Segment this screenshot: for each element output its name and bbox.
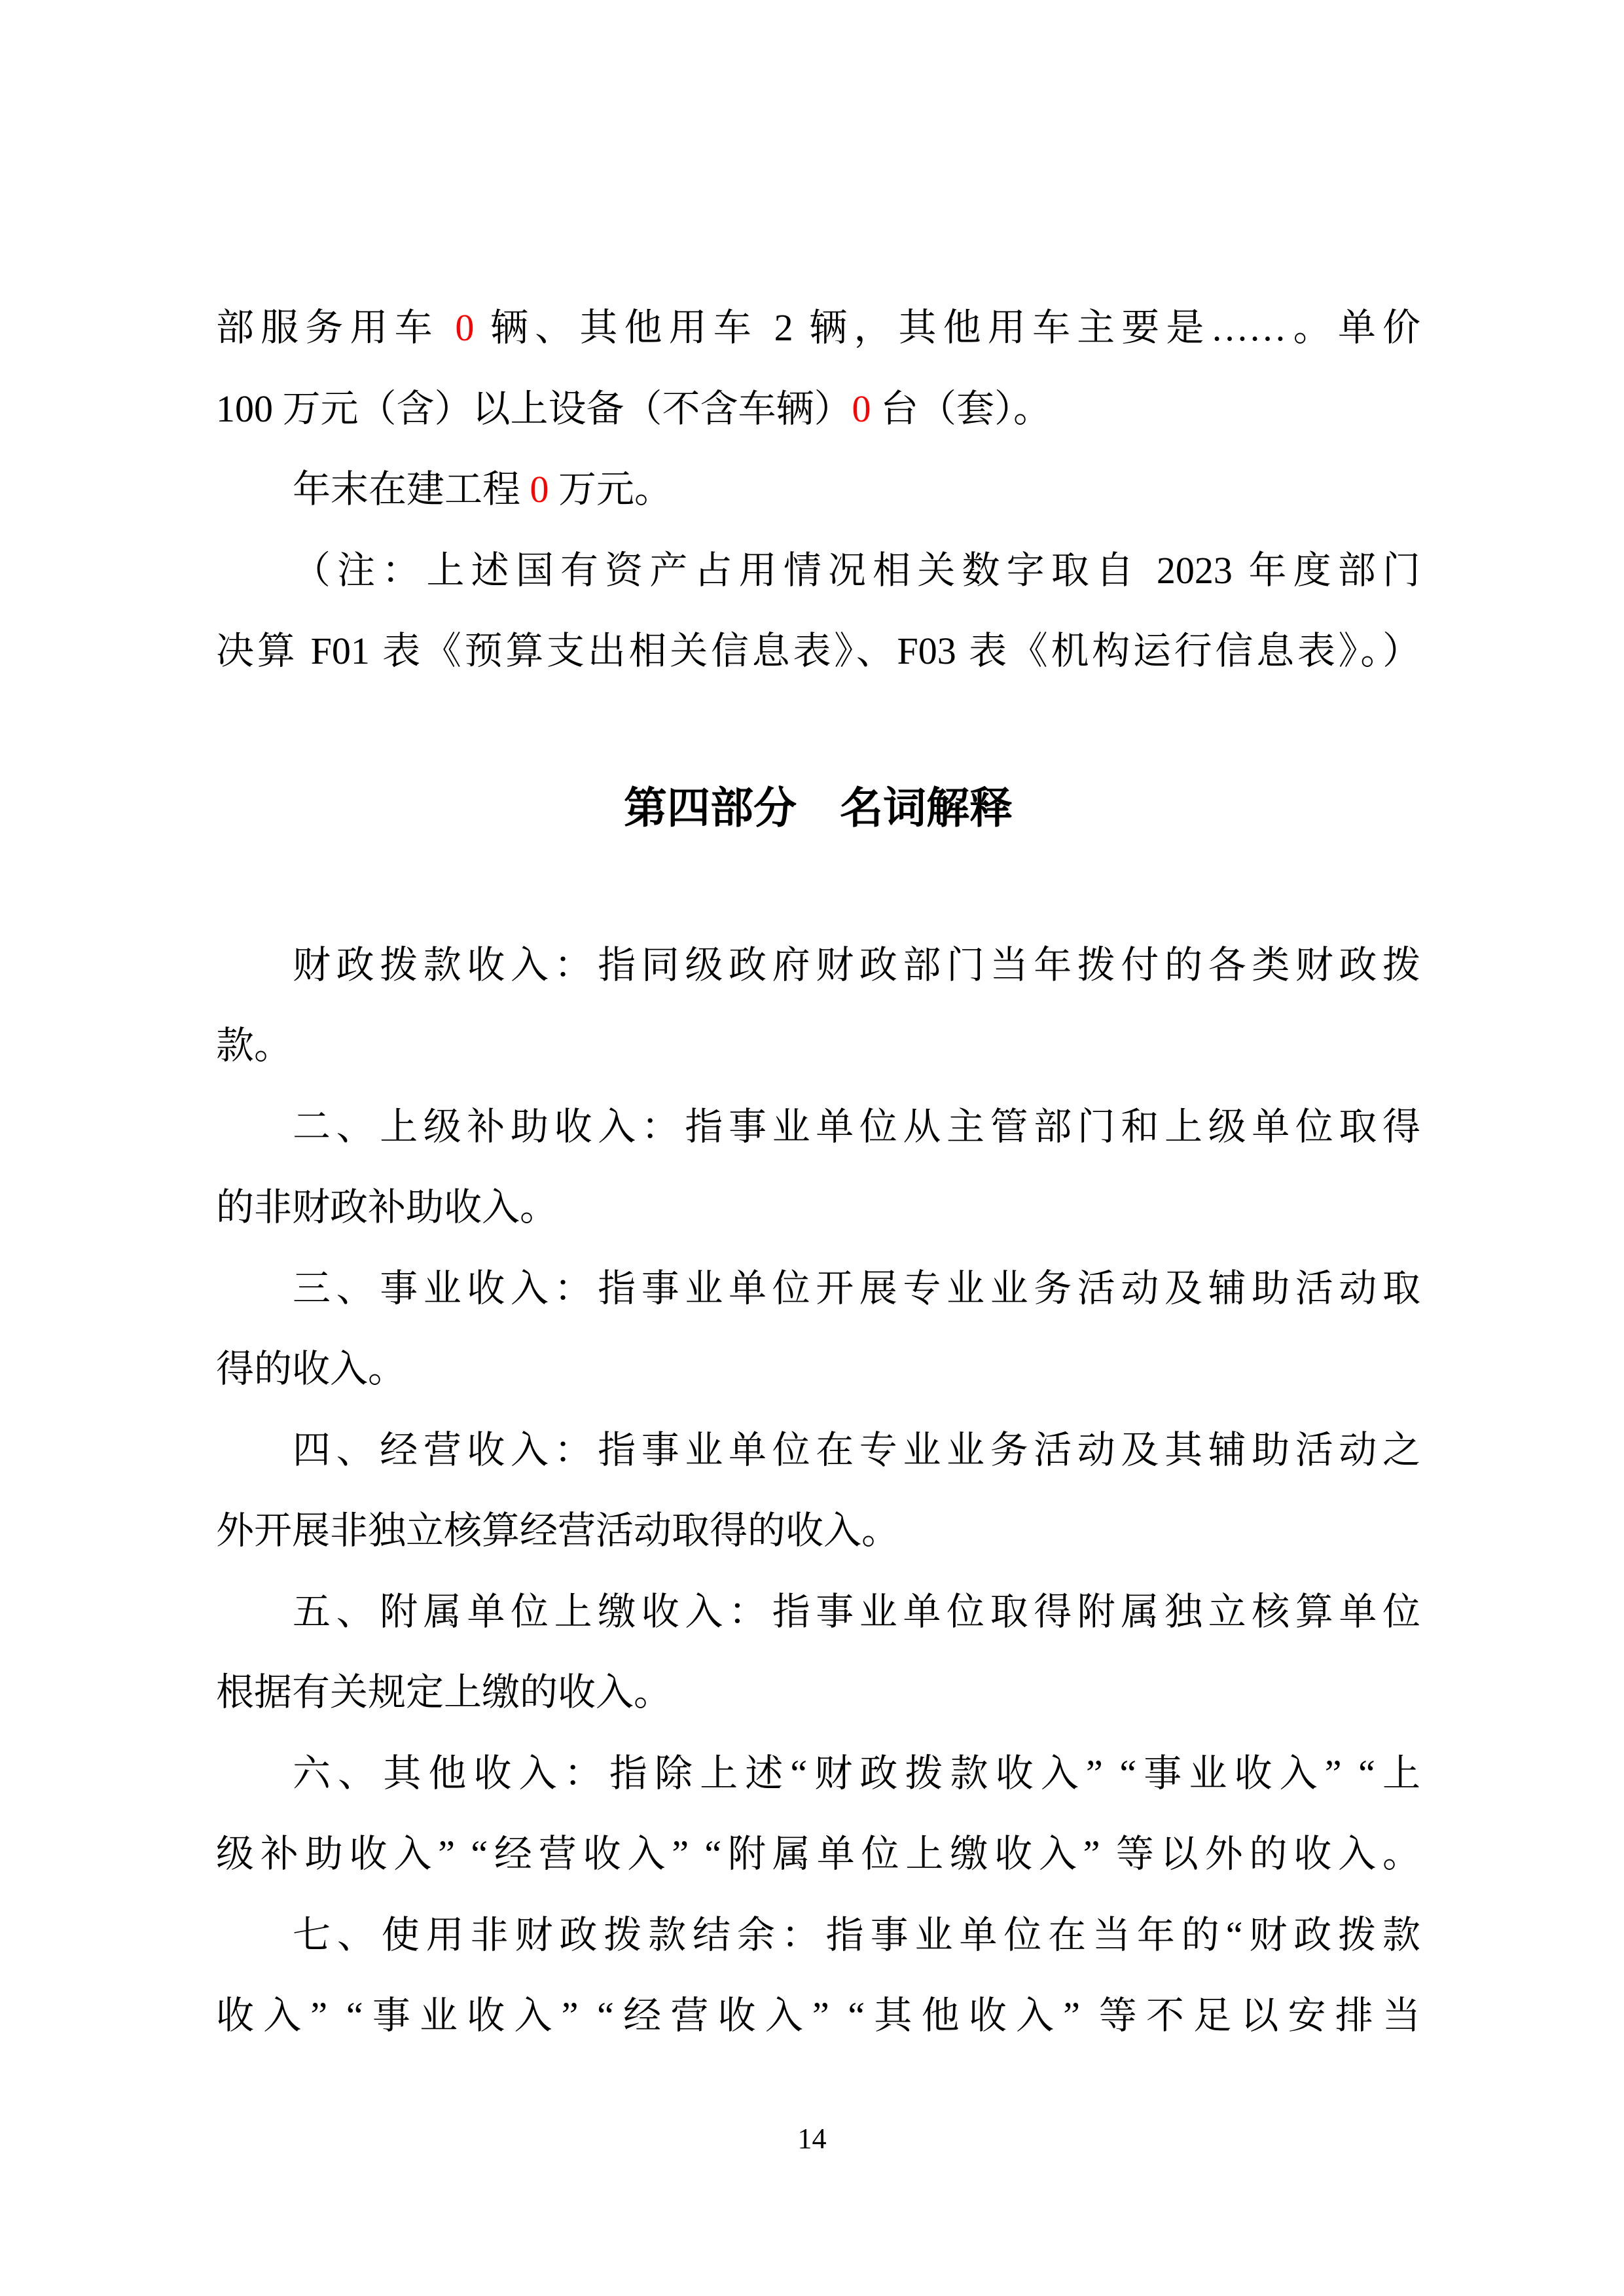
- text-segment: 的非财政补助收入。: [216, 1186, 558, 1229]
- text-segment: 得的收入。: [216, 1348, 406, 1390]
- text-segment: 四、经营收入：指事业单位在专业业务活动及其辅助活动之: [293, 1429, 1420, 1471]
- text-segment: 100 万元（含）以上设备（不含车辆）: [216, 387, 852, 430]
- text-segment: 款。: [216, 1024, 292, 1067]
- text-line: 二、上级补助收入：指事业单位从主管部门和上级单位取得: [216, 1086, 1420, 1168]
- text-segment: 六、其他收入：指除上述“财政拨款收入” “事业收入” “上: [293, 1752, 1420, 1795]
- text-segment: 根据有关规定上缴的收入。: [216, 1671, 672, 1713]
- text-line: 三、事业收入：指事业单位开展专业业务活动及辅助活动取: [216, 1248, 1420, 1329]
- text-segment: 万元。: [549, 468, 673, 511]
- text-segment: 七、使用非财政拨款结余：指事业单位在当年的“财政拨款: [293, 1914, 1420, 1956]
- text-line: 收入” “事业收入” “经营收入” “其他收入” 等不足以安排当: [216, 1975, 1420, 2056]
- text-segment: 财政拨款收入：指同级政府财政部门当年拨付的各类财政拨: [293, 944, 1420, 986]
- text-line: 部服务用车 0 辆、其他用车 2 辆，其他用车主要是……。单价: [216, 287, 1420, 368]
- text-segment: 外开展非独立核算经营活动取得的收入。: [216, 1509, 899, 1552]
- text-segment: 收入” “事业收入” “经营收入” “其他收入” 等不足以安排当: [216, 1994, 1420, 2037]
- text-segment: （注：上述国有资产占用情况相关数字取自 2023 年度部门: [293, 549, 1420, 592]
- text-segment: 二、上级补助收入：指事业单位从主管部门和上级单位取得: [293, 1105, 1420, 1148]
- text-line: 五、附属单位上缴收入：指事业单位取得附属独立核算单位: [216, 1571, 1420, 1653]
- text-line: 年末在建工程 0 万元。: [216, 449, 1420, 530]
- text-line: 100 万元（含）以上设备（不含车辆）0 台（套）。: [216, 368, 1420, 450]
- red-zero-value: 0: [530, 468, 549, 511]
- text-segment: 年末在建工程: [293, 468, 530, 511]
- asset-usage-paragraphs: 部服务用车 0 辆、其他用车 2 辆，其他用车主要是……。单价100 万元（含）…: [216, 287, 1420, 692]
- text-line: （注：上述国有资产占用情况相关数字取自 2023 年度部门: [216, 530, 1420, 611]
- text-segment: 部服务用车: [216, 306, 455, 349]
- text-segment: 台（套）。: [871, 387, 1052, 430]
- document-page: 部服务用车 0 辆、其他用车 2 辆，其他用车主要是……。单价100 万元（含）…: [0, 0, 1624, 2296]
- text-segment: 辆、其他用车 2 辆，其他用车主要是……。单价: [474, 306, 1420, 349]
- text-segment: 级补助收入” “经营收入” “附属单位上缴收入” 等以外的收入。: [216, 1833, 1420, 1875]
- red-zero-value: 0: [455, 306, 474, 349]
- text-segment: 五、附属单位上缴收入：指事业单位取得附属独立核算单位: [293, 1590, 1420, 1633]
- text-line: 根据有关规定上缴的收入。: [216, 1652, 1420, 1733]
- page-number: 14: [0, 2122, 1624, 2156]
- red-zero-value: 0: [852, 387, 871, 430]
- text-line: 六、其他收入：指除上述“财政拨款收入” “事业收入” “上: [216, 1733, 1420, 1814]
- section-heading: 第四部分 名词解释: [216, 767, 1420, 848]
- text-line: 财政拨款收入：指同级政府财政部门当年拨付的各类财政拨: [216, 925, 1420, 1006]
- text-line: 七、使用非财政拨款结余：指事业单位在当年的“财政拨款: [216, 1895, 1420, 1976]
- definition-paragraphs: 财政拨款收入：指同级政府财政部门当年拨付的各类财政拨款。二、上级补助收入：指事业…: [216, 925, 1420, 2056]
- text-line: 决算 F01 表《预算支出相关信息表》、F03 表《机构运行信息表》。）: [216, 611, 1420, 692]
- text-line: 的非财政补助收入。: [216, 1167, 1420, 1248]
- text-line: 外开展非独立核算经营活动取得的收入。: [216, 1490, 1420, 1571]
- text-line: 四、经营收入：指事业单位在专业业务活动及其辅助活动之: [216, 1410, 1420, 1491]
- text-line: 得的收入。: [216, 1329, 1420, 1410]
- document-content: 部服务用车 0 辆、其他用车 2 辆，其他用车主要是……。单价100 万元（含）…: [216, 287, 1420, 2056]
- text-segment: 三、事业收入：指事业单位开展专业业务活动及辅助活动取: [293, 1267, 1420, 1310]
- text-line: 款。: [216, 1005, 1420, 1086]
- text-segment: 决算 F01 表《预算支出相关信息表》、F03 表《机构运行信息表》。）: [216, 630, 1420, 672]
- text-line: 级补助收入” “经营收入” “附属单位上缴收入” 等以外的收入。: [216, 1814, 1420, 1895]
